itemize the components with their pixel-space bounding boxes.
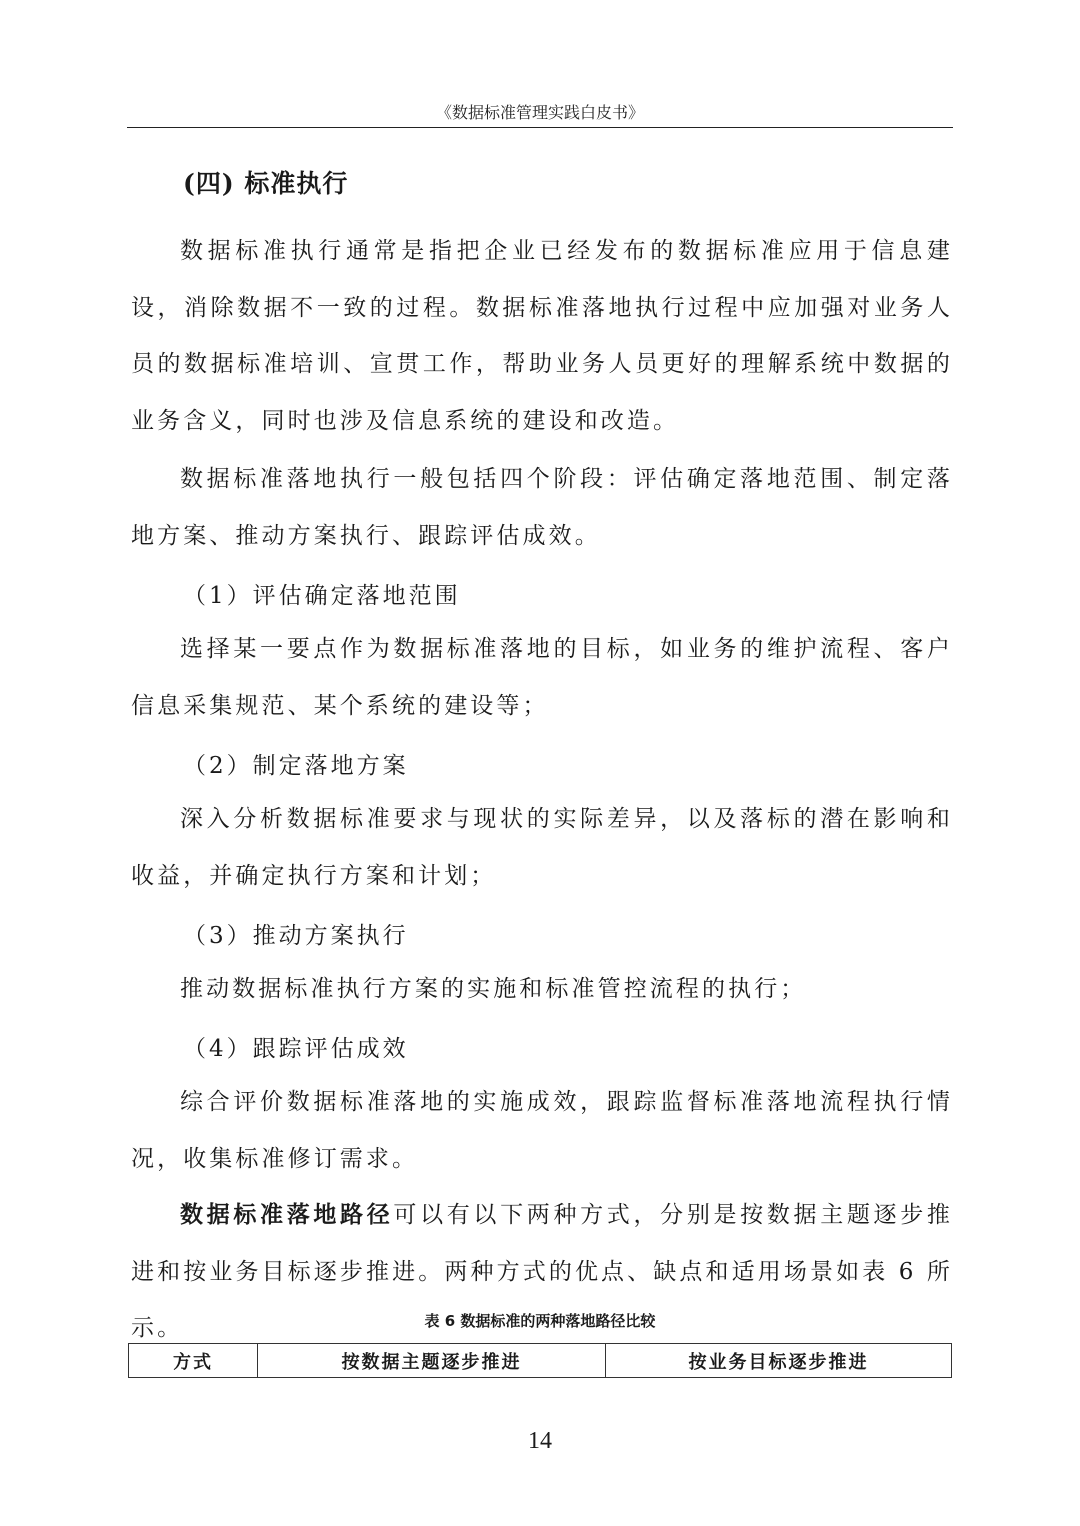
- header-divider: [127, 127, 953, 128]
- step-3-heading: （3）推动方案执行: [183, 917, 409, 950]
- step-4-body: 综合评价数据标准落地的实施成效，跟踪监督标准落地流程执行情况，收集标准修订需求。: [131, 1074, 953, 1187]
- table-caption: 表 6 数据标准的两种落地路径比较: [128, 1310, 952, 1331]
- path-paragraph-lead: 数据标准落地路径: [180, 1201, 393, 1228]
- step-2-heading: （2）制定落地方案: [183, 747, 409, 780]
- stages-paragraph: 数据标准落地执行一般包括四个阶段：评估确定落地范围、制定落地方案、推动方案执行、…: [131, 451, 953, 564]
- header-cell-by-business-goal: 按业务目标逐步推进: [606, 1344, 952, 1378]
- header-cell-method: 方式: [129, 1344, 258, 1378]
- table-header-row: 方式 按数据主题逐步推进 按业务目标逐步推进: [129, 1344, 952, 1378]
- step-2-body: 深入分析数据标准要求与现状的实际差异，以及落标的潜在影响和收益，并确定执行方案和…: [131, 791, 953, 904]
- page-number: 14: [0, 1428, 1080, 1455]
- step-3-body: 推动数据标准执行方案的实施和标准管控流程的执行；: [131, 961, 953, 1018]
- comparison-table: 方式 按数据主题逐步推进 按业务目标逐步推进: [128, 1343, 952, 1378]
- path-paragraph: 数据标准落地路径可以有以下两种方式，分别是按数据主题逐步推进和按业务目标逐步推进…: [131, 1187, 953, 1357]
- section-title: (四) 标准执行: [183, 164, 348, 200]
- running-header: 《数据标准管理实践白皮书》: [128, 100, 952, 123]
- intro-paragraph: 数据标准执行通常是指把企业已经发布的数据标准应用于信息建设，消除数据不一致的过程…: [131, 223, 953, 449]
- step-1-heading: （1）评估确定落地范围: [183, 577, 461, 610]
- step-1-body: 选择某一要点作为数据标准落地的目标，如业务的维护流程、客户信息采集规范、某个系统…: [131, 621, 953, 734]
- step-4-heading: （4）跟踪评估成效: [183, 1030, 409, 1063]
- header-cell-by-data-subject: 按数据主题逐步推进: [258, 1344, 606, 1378]
